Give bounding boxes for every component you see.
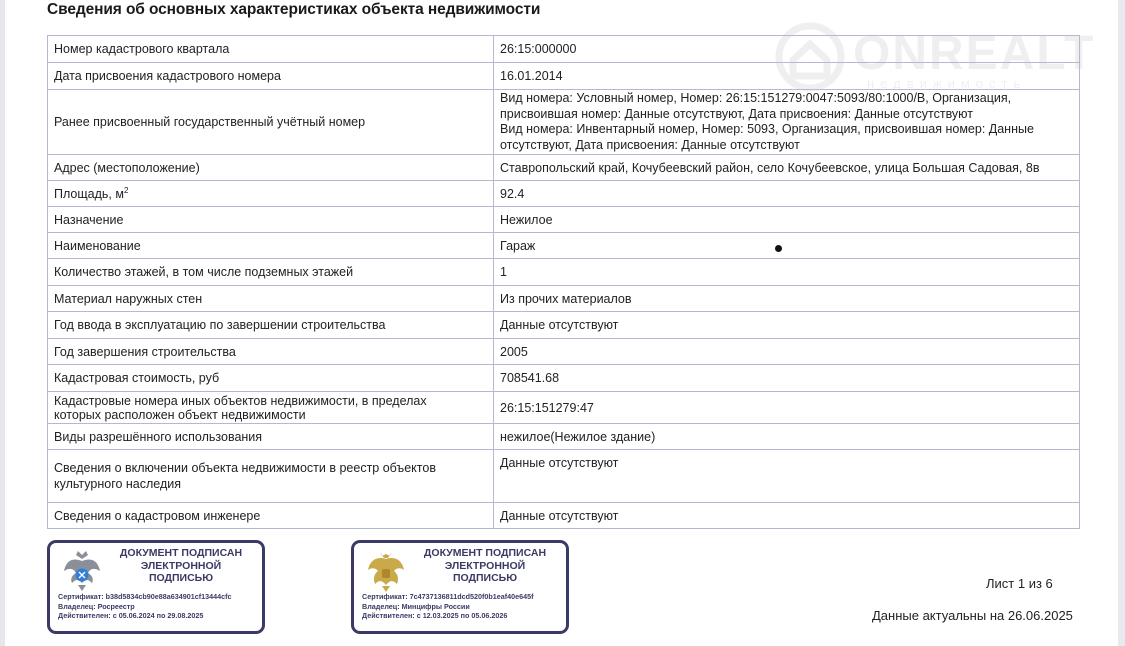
row-label: Сведения о кадастровом инженере <box>48 503 494 529</box>
label-line: Сведения о включении объекта недвижимост… <box>54 460 487 476</box>
table-row: Кадастровые номера иных объектов недвижи… <box>48 392 1080 424</box>
row-label: Год ввода в эксплуатацию по завершении с… <box>48 312 494 339</box>
row-label: Год завершения строительства <box>48 339 494 365</box>
stamp-heading-line: ПОДПИСЬЮ <box>106 572 256 585</box>
stamp-owner: Владелец: Минцифры России <box>362 602 534 612</box>
e-signature-stamp-rosreestr: ДОКУМЕНТ ПОДПИСАН ЭЛЕКТРОННОЙ ПОДПИСЬЮ С… <box>47 540 265 634</box>
stamp-validity: Действителен: с 05.06.2024 по 29.08.2025 <box>58 611 232 621</box>
row-value: 1 <box>494 259 1080 286</box>
row-label: Кадастровая стоимость, руб <box>48 365 494 392</box>
stamp-heading-line: ДОКУМЕНТ ПОДПИСАН <box>106 547 256 560</box>
table-row: Материал наружных стен Из прочих материа… <box>48 286 1080 312</box>
table-row: Площадь, м2 92.4 <box>48 181 1080 207</box>
row-label: Материал наружных стен <box>48 286 494 312</box>
row-value: Вид номера: Условный номер, Номер: 26:15… <box>494 90 1080 155</box>
value-line: присвоившая номер: Данные отсутствуют, Д… <box>500 107 1073 123</box>
table-row: Наименование Гараж <box>48 233 1080 259</box>
row-label: Площадь, м2 <box>48 181 494 207</box>
label-line: Кадастровые номера иных объектов недвижи… <box>54 394 487 408</box>
table-row: Ранее присвоенный государственный учётны… <box>48 90 1080 155</box>
stamp-certificate: Сертификат: 7c4737136811dcd520f0b1eaf40e… <box>362 592 534 602</box>
table-row: Дата присвоения кадастрового номера 16.0… <box>48 63 1080 90</box>
label-text: Площадь, м <box>54 187 124 201</box>
row-value: нежилое(Нежилое здание) <box>494 424 1080 450</box>
row-value: Гараж <box>494 233 1080 259</box>
cursor-dot <box>775 245 782 252</box>
table-row: Сведения о включении объекта недвижимост… <box>48 450 1080 503</box>
table-row: Год ввода в эксплуатацию по завершении с… <box>48 312 1080 339</box>
row-label: Кадастровые номера иных объектов недвижи… <box>48 392 494 424</box>
row-label: Виды разрешённого использования <box>48 424 494 450</box>
row-value: Данные отсутствуют <box>494 503 1080 529</box>
page-title: Сведения об основных характеристиках объ… <box>47 1 540 19</box>
stamp-heading: ДОКУМЕНТ ПОДПИСАН ЭЛЕКТРОННОЙ ПОДПИСЬЮ <box>106 547 256 585</box>
data-actual-date: Данные актуальны на 26.06.2025 <box>872 608 1073 623</box>
row-value: 2005 <box>494 339 1080 365</box>
stamp-certificate: Сертификат: b38d5834cb90e88a634901cf1344… <box>58 592 232 602</box>
row-label: Ранее присвоенный государственный учётны… <box>48 90 494 155</box>
table-row: Виды разрешённого использования нежилое(… <box>48 424 1080 450</box>
row-label: Назначение <box>48 207 494 233</box>
row-value: 16.01.2014 <box>494 63 1080 90</box>
stamp-heading-line: ЭЛЕКТРОННОЙ <box>410 560 560 573</box>
label-line: культурного наследия <box>54 476 487 492</box>
sheet-number: Лист 1 из 6 <box>986 576 1053 591</box>
table-row: Адрес (местоположение) Ставропольский кр… <box>48 155 1080 181</box>
stamp-details: Сертификат: 7c4737136811dcd520f0b1eaf40e… <box>362 592 534 621</box>
row-value: 708541.68 <box>494 365 1080 392</box>
stamp-heading: ДОКУМЕНТ ПОДПИСАН ЭЛЕКТРОННОЙ ПОДПИСЬЮ <box>410 547 560 585</box>
stamp-validity: Действителен: с 12.03.2025 по 05.06.2026 <box>362 611 534 621</box>
row-value: 26:15:000000 <box>494 36 1080 63</box>
left-window-edge <box>0 0 5 646</box>
row-value: Из прочих материалов <box>494 286 1080 312</box>
row-label: Количество этажей, в том числе подземных… <box>48 259 494 286</box>
rosreestr-eagle-icon <box>62 549 102 593</box>
stamp-heading-line: ЭЛЕКТРОННОЙ <box>106 560 256 573</box>
row-value: Ставропольский край, Кочубеевский район,… <box>494 155 1080 181</box>
table-row: Номер кадастрового квартала 26:15:000000 <box>48 36 1080 63</box>
stamp-heading-line: ПОДПИСЬЮ <box>410 572 560 585</box>
right-scrollbar-track[interactable] <box>1118 0 1125 646</box>
stamp-details: Сертификат: b38d5834cb90e88a634901cf1344… <box>58 592 232 621</box>
table-row: Кадастровая стоимость, руб 708541.68 <box>48 365 1080 392</box>
table-row: Количество этажей, в том числе подземных… <box>48 259 1080 286</box>
label-line: которых расположен объект недвижимости <box>54 408 487 422</box>
table-row: Сведения о кадастровом инженере Данные о… <box>48 503 1080 529</box>
row-label: Дата присвоения кадастрового номера <box>48 63 494 90</box>
stamp-owner: Владелец: Росреестр <box>58 602 232 612</box>
property-characteristics-table: Номер кадастрового квартала 26:15:000000… <box>47 35 1080 529</box>
row-value: Данные отсутствуют <box>494 450 1080 503</box>
row-label: Сведения о включении объекта недвижимост… <box>48 450 494 503</box>
row-value: Данные отсутствуют <box>494 312 1080 339</box>
row-label: Адрес (местоположение) <box>48 155 494 181</box>
row-label: Номер кадастрового квартала <box>48 36 494 63</box>
russian-coat-of-arms-icon <box>366 549 406 593</box>
label-superscript: 2 <box>124 185 128 194</box>
row-value: 26:15:151279:47 <box>494 392 1080 424</box>
e-signature-stamp-mintsifry: ДОКУМЕНТ ПОДПИСАН ЭЛЕКТРОННОЙ ПОДПИСЬЮ С… <box>351 540 569 634</box>
row-value: 92.4 <box>494 181 1080 207</box>
value-line: Вид номера: Условный номер, Номер: 26:15… <box>500 91 1073 107</box>
table-row: Год завершения строительства 2005 <box>48 339 1080 365</box>
value-line: Вид номера: Инвентарный номер, Номер: 50… <box>500 122 1073 138</box>
stamp-heading-line: ДОКУМЕНТ ПОДПИСАН <box>410 547 560 560</box>
row-value: Нежилое <box>494 207 1080 233</box>
row-label: Наименование <box>48 233 494 259</box>
table-row: Назначение Нежилое <box>48 207 1080 233</box>
value-line: отсутствуют, Дата присвоения: Данные отс… <box>500 138 1073 154</box>
